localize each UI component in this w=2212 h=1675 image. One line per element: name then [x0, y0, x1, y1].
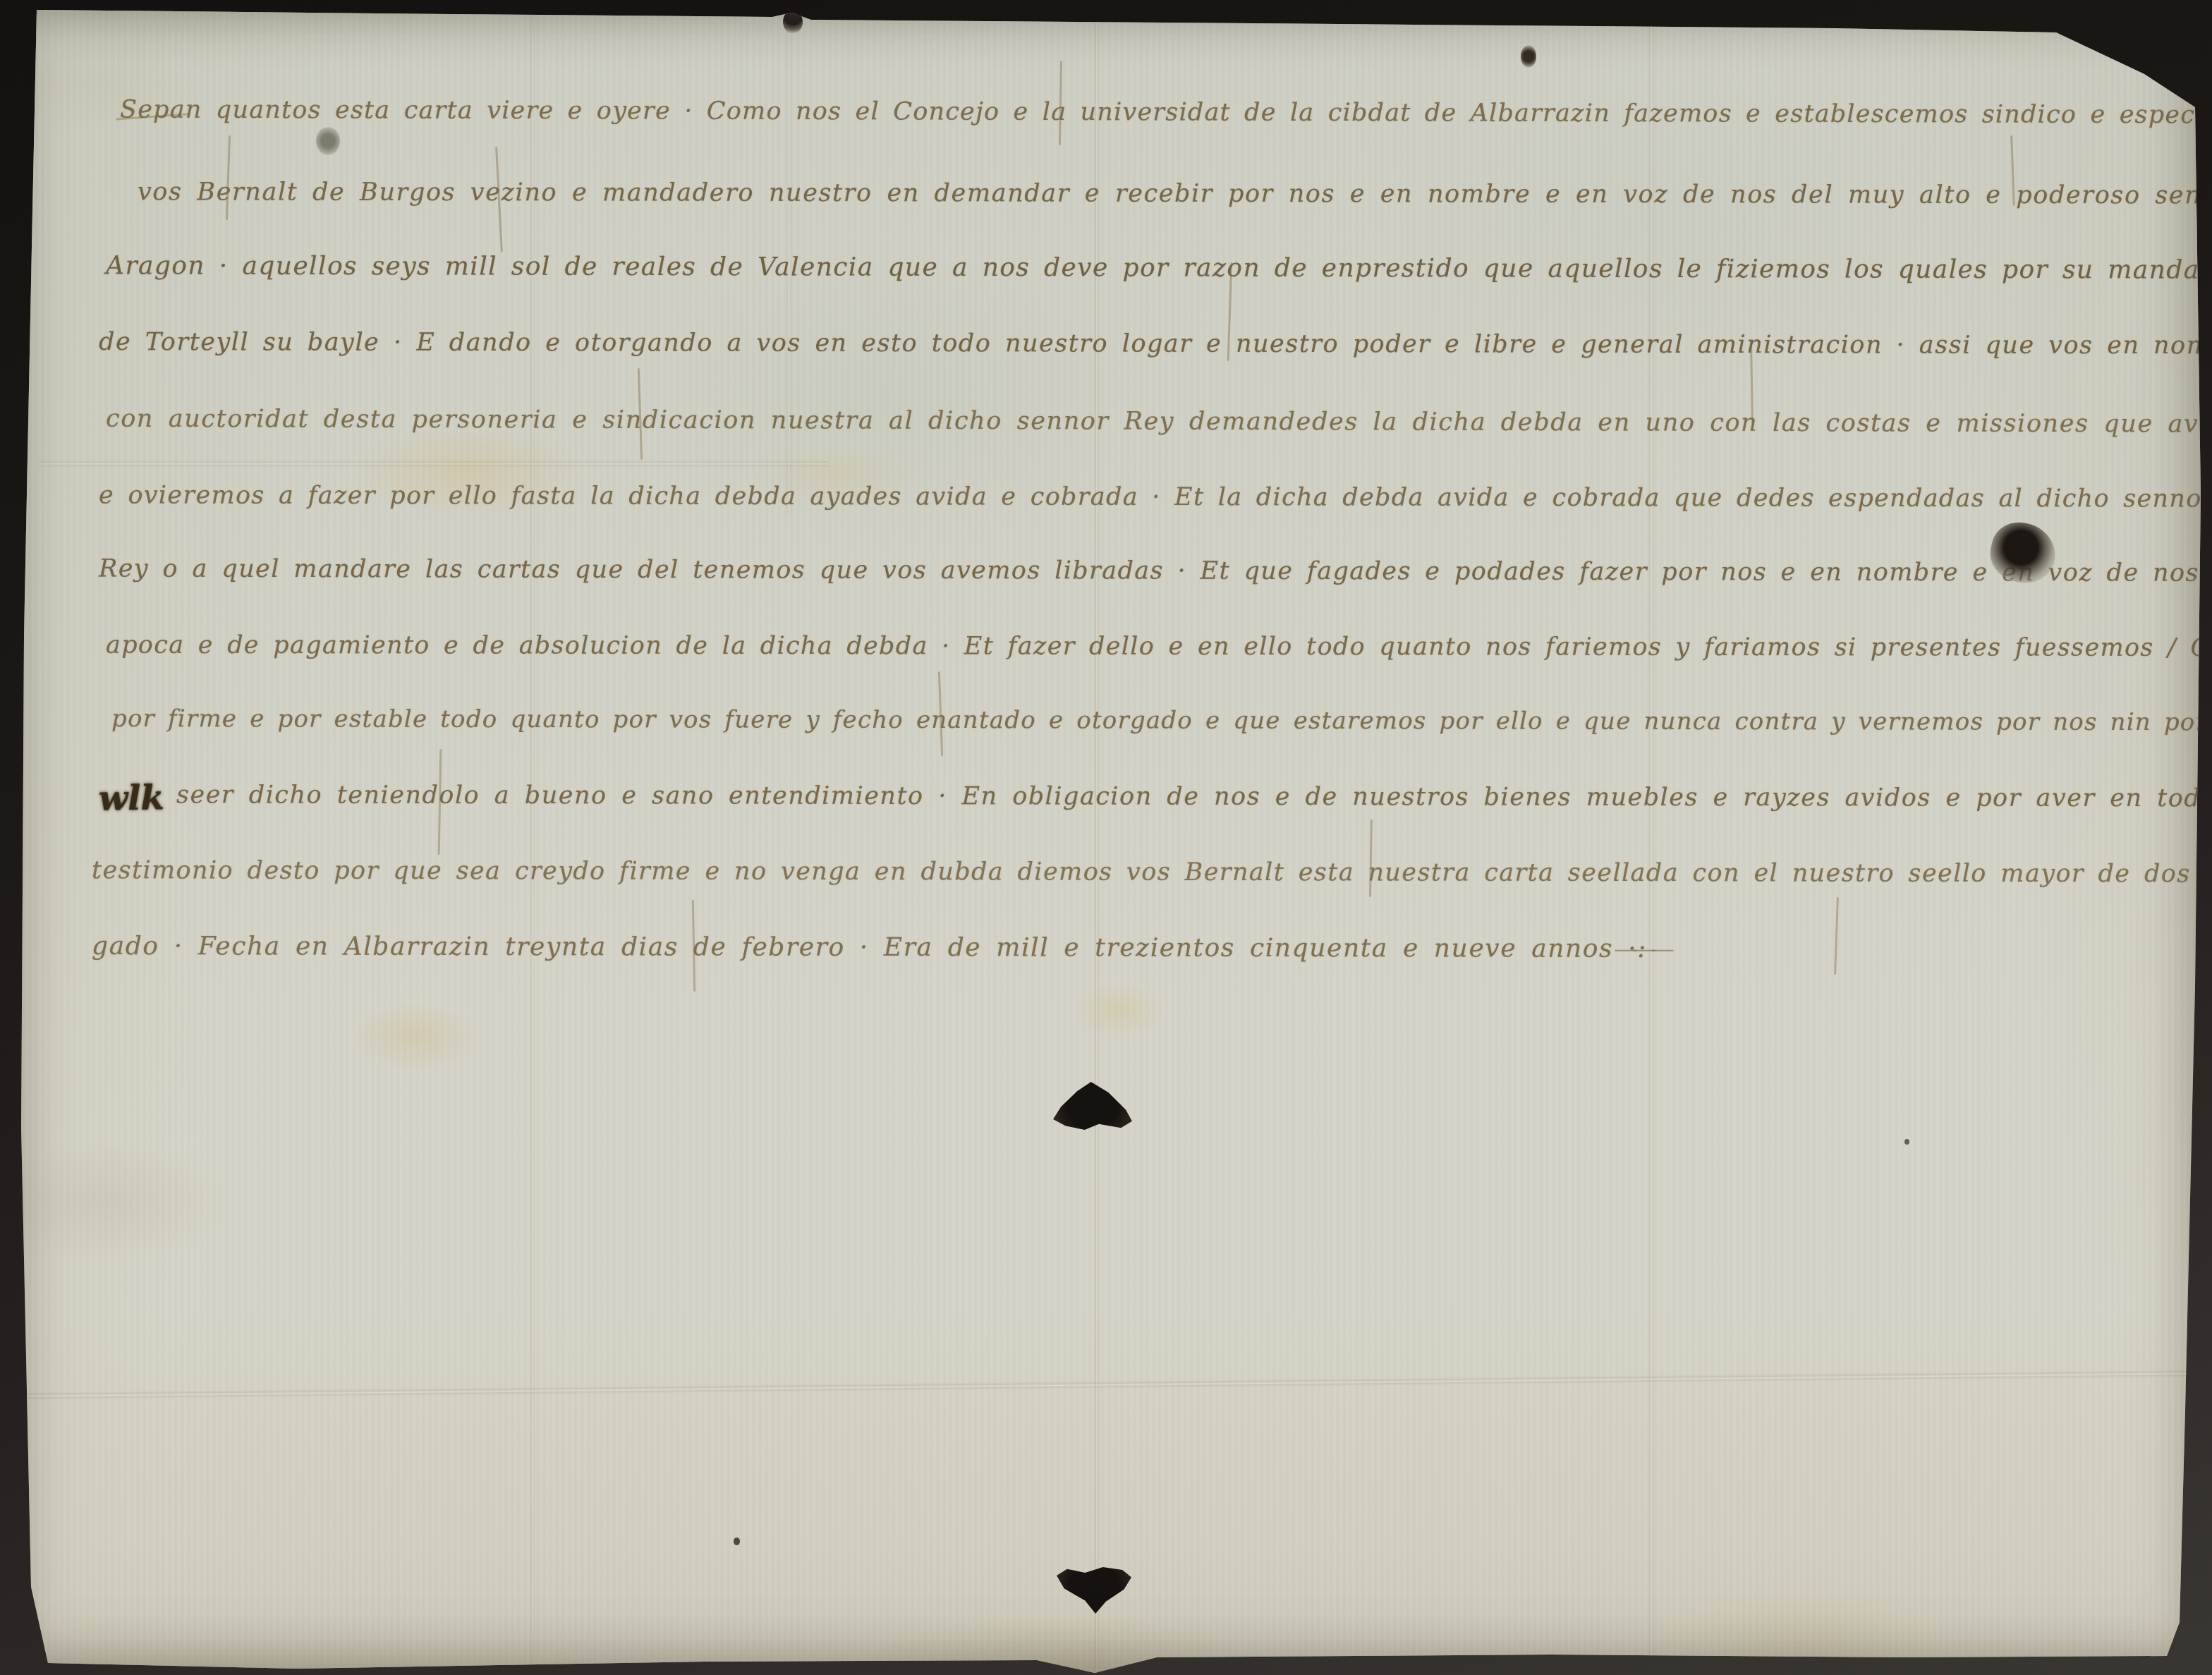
seal-tag-hole-lower: [1057, 1567, 1131, 1614]
horizontal-fold-crease: [0, 1370, 2212, 1401]
manuscript-line: e ovieremos a fazer por ello fasta la di…: [99, 481, 2212, 513]
vertical-fold-crease: [1093, 0, 1100, 1675]
manuscript-line: Rey o a quel mandare las cartas que del …: [99, 555, 2212, 588]
manuscript-line: seer dicho teniendolo a bueno e sano ent…: [176, 781, 2212, 813]
ink-speck: [1521, 45, 1536, 68]
horizontal-fold-crease: [39, 460, 829, 468]
parchment-sheet: ——— Sepan quantos esta carta viere e oye…: [0, 0, 2212, 1675]
ink-speck: [1904, 1139, 1909, 1145]
pen-stroke: [1834, 897, 1839, 975]
ink-speck: [316, 127, 340, 155]
manuscript-line: de Torteyll su bayle · E dando e otorgan…: [99, 328, 2212, 360]
ink-blotted-word: wlk: [99, 778, 165, 819]
manuscript-line: con auctoridat desta personeria e sindic…: [106, 405, 2212, 439]
manuscript-line: Sepan quantos esta carta viere e oyere ·…: [120, 96, 2212, 130]
manuscript-line: testimonio desto por que sea creydo firm…: [92, 856, 2212, 889]
manuscript-line: por firme e por estable todo quanto por …: [111, 705, 2212, 737]
closing-dash-flourish: ———: [1614, 935, 1669, 963]
manuscript-line: apoca e de pagamiento e de absolucion de…: [106, 631, 2212, 663]
manuscript-line: vos Bernalt de Burgos vezino e mandadero…: [138, 178, 2212, 209]
seal-tag-hole-upper: [1053, 1082, 1132, 1130]
vertical-fold-crease: [1648, 0, 1655, 1675]
ink-speck: [734, 1537, 740, 1545]
vertical-fold-crease: [529, 0, 536, 1675]
edge-notch: [783, 10, 803, 34]
manuscript-line: gado · Fecha en Albarrazin treynta dias …: [92, 932, 1647, 963]
manuscript-line: Aragon · aquellos seys mill sol de reale…: [106, 251, 2212, 285]
photo-backdrop: ——— Sepan quantos esta carta viere e oye…: [0, 0, 2212, 1675]
